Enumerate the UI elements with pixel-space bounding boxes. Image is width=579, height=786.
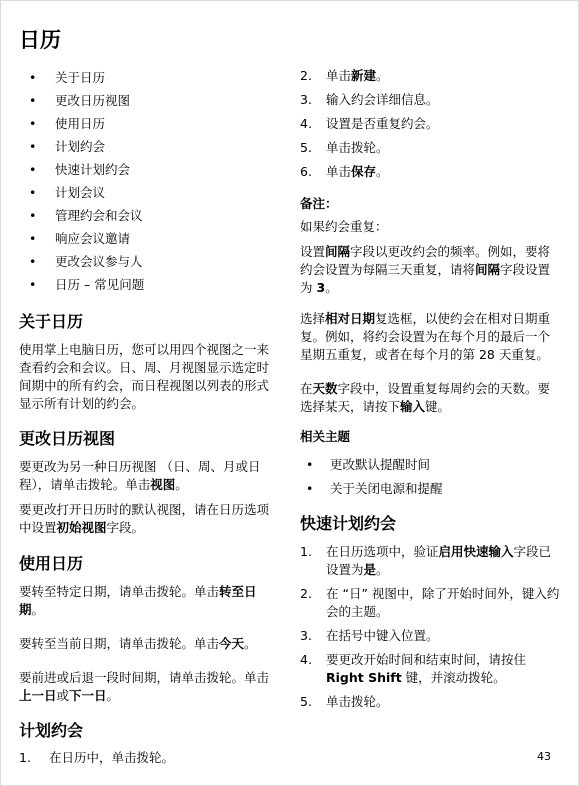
toc-item-label: 更改会议参与人 — [55, 254, 143, 269]
paragraph: 在天数字段中，设置重复每周约会的天数。要选择某天，请按下输入键。 — [300, 380, 561, 416]
section-heading-schedule-appointment: 计划约会 — [19, 721, 280, 741]
toc-item-label: 日历 – 常见问题 — [55, 277, 144, 292]
note-intro: 如果约会重复： — [300, 218, 561, 236]
page-title: 日历 — [19, 27, 280, 53]
bullet-icon: • — [29, 115, 36, 133]
step-text: 单击拨轮。 — [326, 694, 389, 709]
step-item: 2.单击新建。 — [300, 67, 561, 85]
related-topics-list: •更改默认提醒时间 •关于关闭电源和提醒 — [300, 456, 561, 498]
numbered-steps: 1.在日历中，单击拨轮。 — [19, 749, 280, 767]
step-text: 输入约会详细信息。 — [326, 92, 439, 107]
paragraph: 使用掌上电脑日历，您可以用四个视图之一来查看约会和会议。日、周、月视图显示选定时… — [19, 341, 280, 413]
toc-item: •计划约会 — [19, 138, 280, 156]
step-item: 4.设置是否重复约会。 — [300, 115, 561, 133]
bullet-icon: • — [29, 138, 36, 156]
step-item: 6.单击保存。 — [300, 163, 561, 181]
toc-item-label: 快速计划约会 — [55, 162, 130, 177]
toc-item-label: 关于日历 — [55, 70, 105, 85]
step-text: 在括号中键入位置。 — [326, 628, 439, 643]
step-text: 在 “日” 视图中，除了开始时间外，键入约会的主题。 — [326, 586, 559, 619]
paragraph: 选择相对日期复选框，以使约会在相对日期重复。例如，将约会设置为在每个月的最后一个… — [300, 310, 561, 364]
toc-item: •计划会议 — [19, 184, 280, 202]
step-number: 2. — [300, 585, 312, 603]
toc-item-label: 使用日历 — [55, 116, 105, 131]
toc-item: •关于日历 — [19, 69, 280, 87]
step-number: 5. — [300, 693, 312, 711]
step-item: 5.单击拨轮。 — [300, 693, 561, 711]
bullet-icon: • — [29, 184, 36, 202]
related-topic-item: •更改默认提醒时间 — [300, 456, 561, 474]
toc-item-label: 更改日历视图 — [55, 93, 130, 108]
step-item: 4.要更改开始时间和结束时间，请按住 Right Shift 键，并滚动拨轮。 — [300, 651, 561, 687]
step-item: 5.单击拨轮。 — [300, 139, 561, 157]
step-number: 5. — [300, 139, 312, 157]
related-topic-label: 更改默认提醒时间 — [330, 457, 430, 472]
bullet-icon: • — [29, 253, 36, 271]
related-topic-item: •关于关闭电源和提醒 — [300, 480, 561, 498]
toc-item: •更改会议参与人 — [19, 253, 280, 271]
step-number: 1. — [300, 543, 312, 561]
step-item: 2.在 “日” 视图中，除了开始时间外，键入约会的主题。 — [300, 585, 561, 621]
numbered-steps: 2.单击新建。 3.输入约会详细信息。 4.设置是否重复约会。 5.单击拨轮。 … — [300, 67, 561, 181]
related-topic-label: 关于关闭电源和提醒 — [330, 481, 443, 496]
bullet-icon: • — [29, 161, 36, 179]
toc-item-label: 管理约会和会议 — [55, 208, 143, 223]
bullet-icon: • — [306, 480, 313, 498]
paragraph: 设置间隔字段以更改约会的频率。例如，要将约会设置为每隔三天重复，请将间隔字段设置… — [300, 243, 561, 297]
related-topics-heading: 相关主题 — [300, 428, 561, 446]
paragraph: 要转至特定日期，请单击拨轮。单击转至日期。 — [19, 583, 280, 619]
step-item: 1.在日历选项中，验证启用快速输入字段已设置为是。 — [300, 543, 561, 579]
bullet-icon: • — [29, 230, 36, 248]
step-number: 3. — [300, 627, 312, 645]
toc-item-label: 响应会议邀请 — [55, 231, 130, 246]
two-column-layout: 日历 •关于日历 •更改日历视图 •使用日历 •计划约会 •快速计划约会 •计划… — [1, 1, 578, 773]
step-item: 3.输入约会详细信息。 — [300, 91, 561, 109]
step-text: 要更改开始时间和结束时间，请按住 Right Shift 键，并滚动拨轮。 — [326, 652, 526, 685]
toc-item: •更改日历视图 — [19, 92, 280, 110]
bullet-icon: • — [29, 92, 36, 110]
toc-item: •管理约会和会议 — [19, 207, 280, 225]
step-text: 单击保存。 — [326, 164, 389, 179]
page-number: 43 — [537, 751, 551, 763]
bullet-icon: • — [306, 456, 313, 474]
toc-item: •日历 – 常见问题 — [19, 276, 280, 294]
numbered-steps: 1.在日历选项中，验证启用快速输入字段已设置为是。 2.在 “日” 视图中，除了… — [300, 543, 561, 711]
bullet-icon: • — [29, 207, 36, 225]
step-item: 3.在括号中键入位置。 — [300, 627, 561, 645]
paragraph: 要前进或后退一段时间期，请单击拨轮。单击上一日或下一日。 — [19, 669, 280, 705]
step-text: 在日历中，单击拨轮。 — [49, 750, 174, 765]
document-page: 日历 •关于日历 •更改日历视图 •使用日历 •计划约会 •快速计划约会 •计划… — [0, 0, 579, 786]
toc-item-label: 计划会议 — [55, 185, 105, 200]
step-number: 4. — [300, 115, 312, 133]
paragraph: 要更改为另一种日历视图 （日、周、月或日程），请单击拨轮。单击视图。 — [19, 458, 280, 494]
bullet-icon: • — [29, 69, 36, 87]
step-text: 单击新建。 — [326, 68, 389, 83]
step-item: 1.在日历中，单击拨轮。 — [19, 749, 280, 767]
step-number: 4. — [300, 651, 312, 669]
right-column: 2.单击新建。 3.输入约会详细信息。 4.设置是否重复约会。 5.单击拨轮。 … — [300, 21, 561, 773]
step-number: 6. — [300, 163, 312, 181]
toc-list: •关于日历 •更改日历视图 •使用日历 •计划约会 •快速计划约会 •计划会议 … — [19, 69, 280, 294]
note-label: 备注： — [300, 195, 561, 213]
step-text: 设置是否重复约会。 — [326, 116, 439, 131]
step-number: 3. — [300, 91, 312, 109]
paragraph: 要转至当前日期，请单击拨轮。单击今天。 — [19, 635, 280, 653]
left-column: 日历 •关于日历 •更改日历视图 •使用日历 •计划约会 •快速计划约会 •计划… — [19, 21, 280, 773]
section-heading-use-calendar: 使用日历 — [19, 554, 280, 574]
paragraph: 要更改打开日历时的默认视图，请在日历选项中设置初始视图字段。 — [19, 501, 280, 537]
toc-item: •使用日历 — [19, 115, 280, 133]
bullet-icon: • — [29, 276, 36, 294]
step-text: 在日历选项中，验证启用快速输入字段已设置为是。 — [326, 544, 551, 577]
step-number: 2. — [300, 67, 312, 85]
section-heading-about-calendar: 关于日历 — [19, 312, 280, 332]
toc-item: •响应会议邀请 — [19, 230, 280, 248]
section-heading-quick-schedule: 快速计划约会 — [300, 514, 561, 534]
toc-item: •快速计划约会 — [19, 161, 280, 179]
step-text: 单击拨轮。 — [326, 140, 389, 155]
section-heading-change-view: 更改日历视图 — [19, 429, 280, 449]
toc-item-label: 计划约会 — [55, 139, 105, 154]
step-number: 1. — [19, 749, 31, 767]
